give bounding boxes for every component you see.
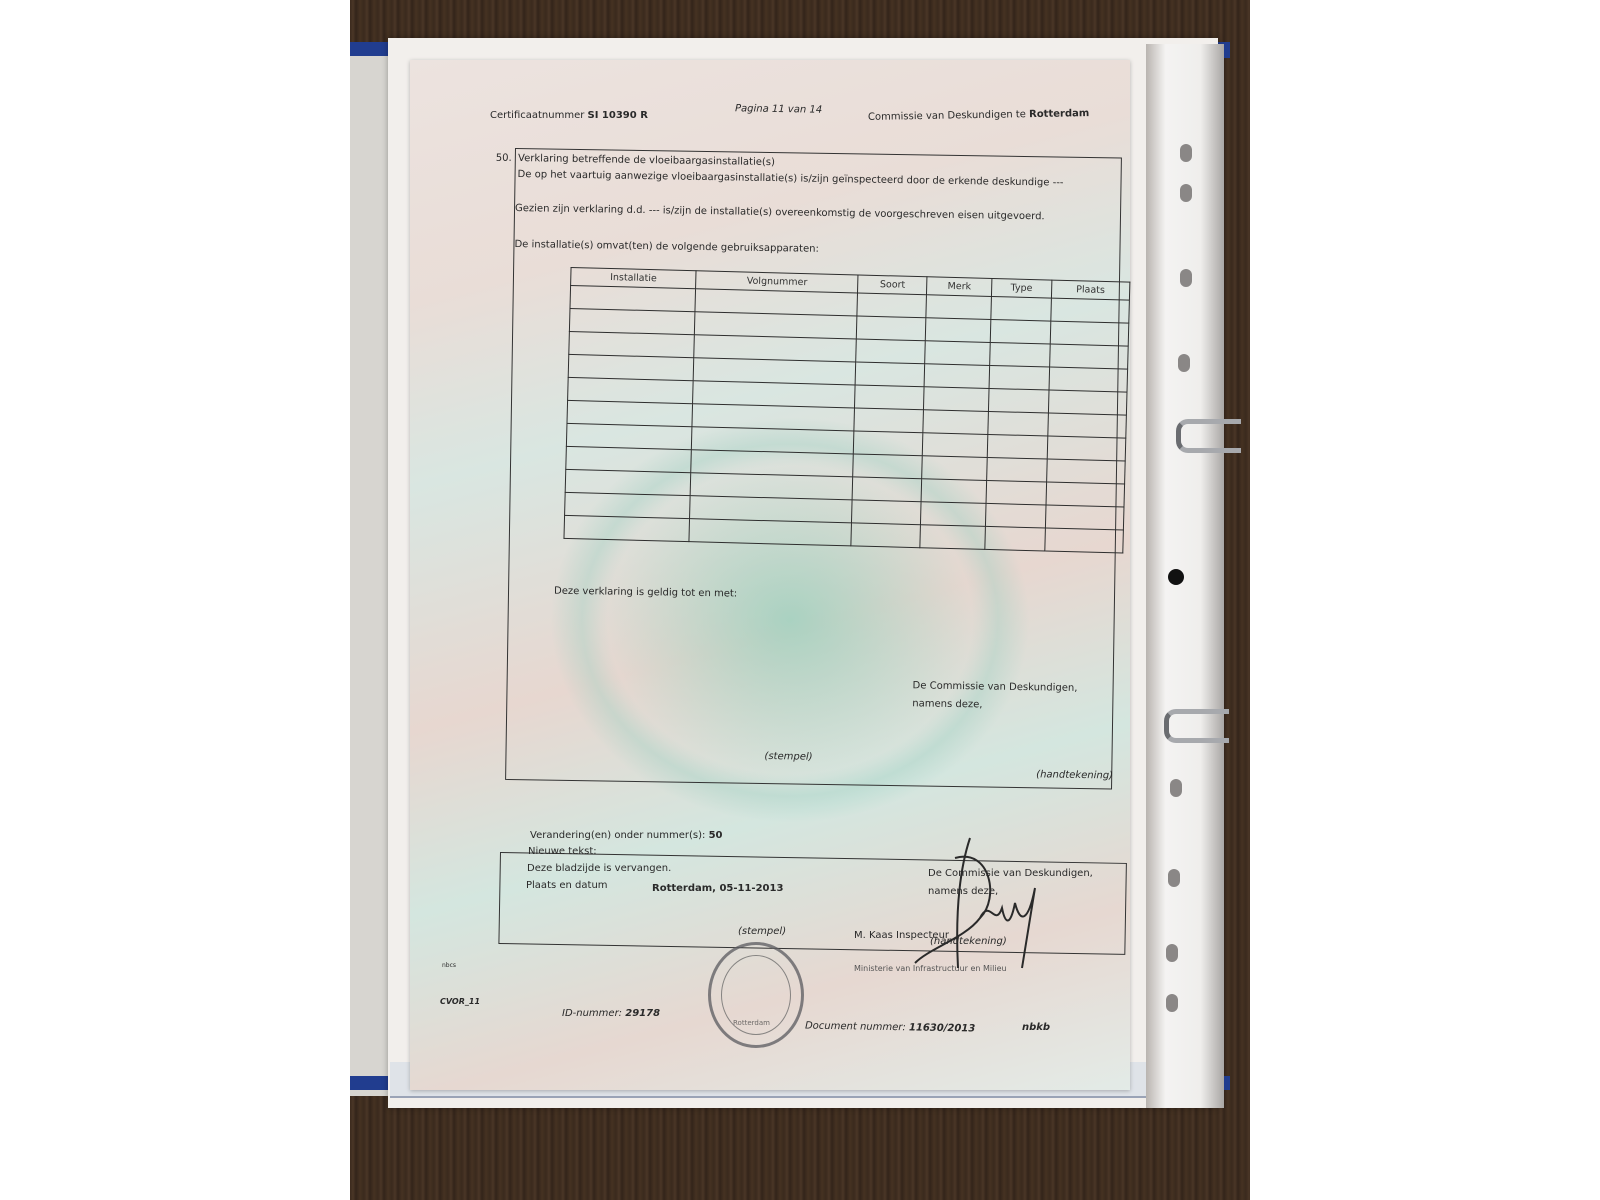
section-heading: 50. Verklaring betreffende de vloeibaarg… [496,153,775,168]
photo-background: Certificaatnummer SI 10390 R Pagina 11 v… [350,0,1250,1200]
amendment-stamp-label: (stempel) [738,926,786,937]
table-cell [988,411,1049,436]
validity-label: Deze verklaring is geldig tot en met: [554,586,737,600]
table-cell [922,456,987,481]
table-cell [923,433,988,458]
id-number: ID-nummer: 29178 [562,1008,660,1019]
table-cell [856,339,926,364]
commission-prefix: Commissie van Deskundigen te [868,109,1026,123]
small-code: nbcs [442,962,456,969]
section-frame: 50. Verklaring betreffende de vloeibaarg… [505,148,1122,789]
section-title: Verklaring betreffende de vloeibaargasin… [518,153,775,168]
page-indicator: Pagina 11 van 14 [735,103,822,116]
validity-commission: De Commissie van Deskundigen, [913,680,1078,694]
doc-label: Document nummer: [805,1021,906,1034]
punch-hole [1178,354,1190,372]
table-cell [570,285,696,311]
footer-suffix: nbkb [1022,1022,1050,1033]
table-cell [1048,413,1127,438]
punch-hole [1170,779,1182,797]
official-stamp: Rotterdam [708,942,804,1048]
new-text: Deze bladzijde is vervangen. [527,863,671,874]
table-cell [926,295,991,320]
table-cell [857,316,927,341]
column-header: Plaats [1051,280,1130,300]
section-line-2: Gezien zijn verklaring d.d. --- is/zijn … [515,203,1045,222]
table-cell [985,503,1046,528]
table-cell [985,526,1046,551]
punch-hole [1168,869,1180,887]
table-cell [991,296,1052,321]
punch-hole [1166,994,1178,1012]
table-cell [920,525,985,550]
table-cell [565,469,691,495]
table-cell [565,492,691,518]
stamp-city: Rotterdam [733,1019,770,1027]
column-header: Soort [858,275,928,295]
appliances-table: Installatie Volgnummer Soort Merk Type P… [563,267,1130,554]
table-cell [566,446,692,472]
table-cell [1048,390,1127,415]
table-cell [1050,321,1129,346]
table-cell [689,519,851,546]
column-header: Type [991,278,1052,298]
validity-stamp-label: (stempel) [764,751,812,763]
table-cell [986,480,1047,505]
table-cell [566,423,692,449]
validity-signature-label: (handtekening) [1036,769,1113,781]
table-cell [925,341,990,366]
table-cell [988,388,1049,413]
table-cell [1045,505,1124,530]
table-cell [855,385,925,410]
table-cell [1046,459,1125,484]
binder-ring [1176,419,1241,453]
commission-header: Commissie van Deskundigen te Rotterdam [868,108,1089,123]
form-code: CVOR_11 [440,997,480,1006]
section-line-3: De installatie(s) omvat(ten) de volgende… [514,239,819,255]
table-cell [989,365,1050,390]
table-cell [989,342,1050,367]
punch-hole [1168,569,1184,585]
section-line-1: De op het vaartuig aanwezige vloeibaarga… [517,169,1063,189]
table-cell [925,364,990,389]
section-number: 50. [496,153,512,164]
table-cell [854,408,924,433]
certificate-number: Certificaatnummer SI 10390 R [490,110,648,121]
table-cell [852,500,922,525]
commission-city: Rotterdam [1029,108,1089,120]
table-cell [567,400,693,426]
table-cell [990,319,1051,344]
binder-ring [1164,709,1229,743]
table-cell [923,410,988,435]
new-text-label: Nieuwe tekst: [528,846,597,857]
table-cell [564,515,690,541]
table-cell [926,318,991,343]
table-cell [569,331,695,357]
table-cell [1049,367,1128,392]
table-cell [854,431,924,456]
punch-hole [1180,184,1192,202]
punch-hole [1166,944,1178,962]
amendment-changes: Verandering(en) onder nummer(s): 50 [530,830,723,841]
table-cell [853,454,923,479]
table-cell [987,434,1048,459]
id-label: ID-nummer: [562,1008,622,1019]
table-cell [568,377,694,403]
table-cell [569,308,695,334]
signature [910,828,1060,978]
table-body [564,285,1129,553]
table-cell [1046,482,1125,507]
table-cell [922,479,987,504]
table-cell [855,362,925,387]
sleeve-punch-strip [1146,44,1224,1108]
changes-label: Verandering(en) onder nummer(s): [530,830,705,841]
place-date-value: Rotterdam, 05-11-2013 [652,883,783,894]
validity-on-behalf: namens deze, [912,698,982,710]
document-number: Document nummer: 11630/2013 [805,1021,975,1035]
table-cell [924,387,989,412]
changes-value: 50 [709,830,723,841]
table-cell [857,293,927,318]
certificate-page: Certificaatnummer SI 10390 R Pagina 11 v… [410,60,1130,1090]
punch-hole [1180,144,1192,162]
punch-hole [1180,269,1192,287]
table-cell [1051,298,1130,323]
id-value: 29178 [625,1008,660,1019]
column-header: Merk [927,277,992,297]
table-cell [1045,528,1124,553]
table-cell [1047,436,1126,461]
certificate-label: Certificaatnummer [490,110,584,121]
table-cell [568,354,694,380]
doc-value: 11630/2013 [909,1022,975,1034]
table-cell [986,457,1047,482]
certificate-value: SI 10390 R [588,110,648,121]
table-cell [1049,344,1128,369]
table-cell [921,502,986,527]
table-cell [851,523,921,548]
table-cell [852,477,922,502]
place-date-label: Plaats en datum [526,880,608,891]
